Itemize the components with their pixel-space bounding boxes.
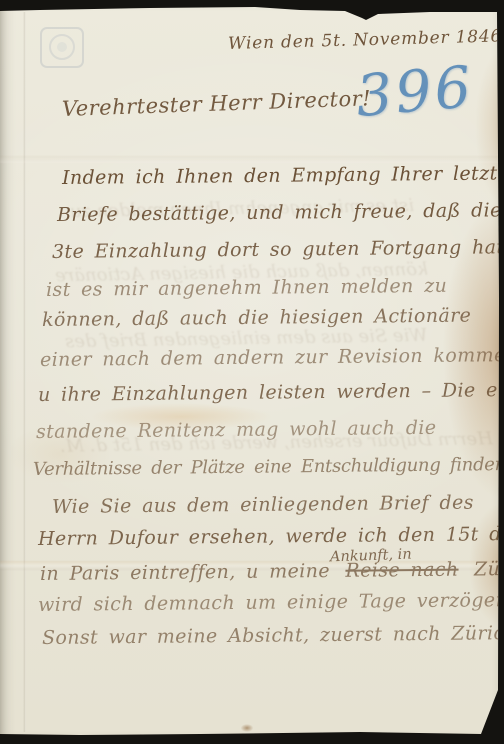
body-line: einer nach dem andern zur Revision komme… — [40, 344, 504, 371]
body-line: ist es mir angenehm Ihnen melden zu — [46, 275, 447, 301]
corrected-line-prefix: in Paris eintreffen, u meine — [40, 560, 330, 585]
body-line: 3te Einzahlung dort so guten Fortgang ha… — [52, 236, 504, 263]
archive-number: 396 — [354, 59, 476, 126]
body-line: Herrn Dufour ersehen, werde ich den 15t … — [38, 523, 504, 550]
body-line: Briefe bestättige, und mich freue, daß d… — [57, 199, 502, 226]
letter-scan: ist es mir angenehm Ihnen melden zu könn… — [0, 0, 504, 744]
struck-text: Reise nach — [345, 559, 458, 582]
salutation: Verehrtester Herr Director! — [62, 86, 372, 121]
body-line: u ihre Einzahlungen leisten werden – Die… — [38, 379, 504, 406]
embossed-seal-icon — [38, 25, 86, 70]
body-line: wird sich demnach um einige Tage verzöge… — [38, 589, 504, 616]
horizontal-crease-upper — [0, 156, 498, 163]
corrected-line: in Paris eintreffen, u meine Reise nach … — [40, 558, 504, 585]
body-line: Indem ich Ihnen den Empfang Ihrer letzte… — [62, 162, 504, 189]
dateline: Wien den 5t. November 1846. — [228, 26, 504, 54]
body-line: Sonst war meine Absicht, zuerst nach Zür… — [42, 622, 504, 649]
body-line: Verhältnisse der Plätze eine Entschuldig… — [33, 454, 504, 480]
letter-page: ist es mir angenehm Ihnen melden zu könn… — [0, 0, 504, 744]
corrected-line-suffix: Zürich — [474, 558, 504, 581]
body-line: standene Renitenz mag wohl auch die — [36, 417, 437, 443]
vertical-fold-line — [23, 12, 26, 732]
body-line: können, daß auch die hiesigen Actionäre — [42, 305, 472, 331]
body-line: Wie Sie aus dem einliegenden Brief des — [52, 492, 474, 518]
